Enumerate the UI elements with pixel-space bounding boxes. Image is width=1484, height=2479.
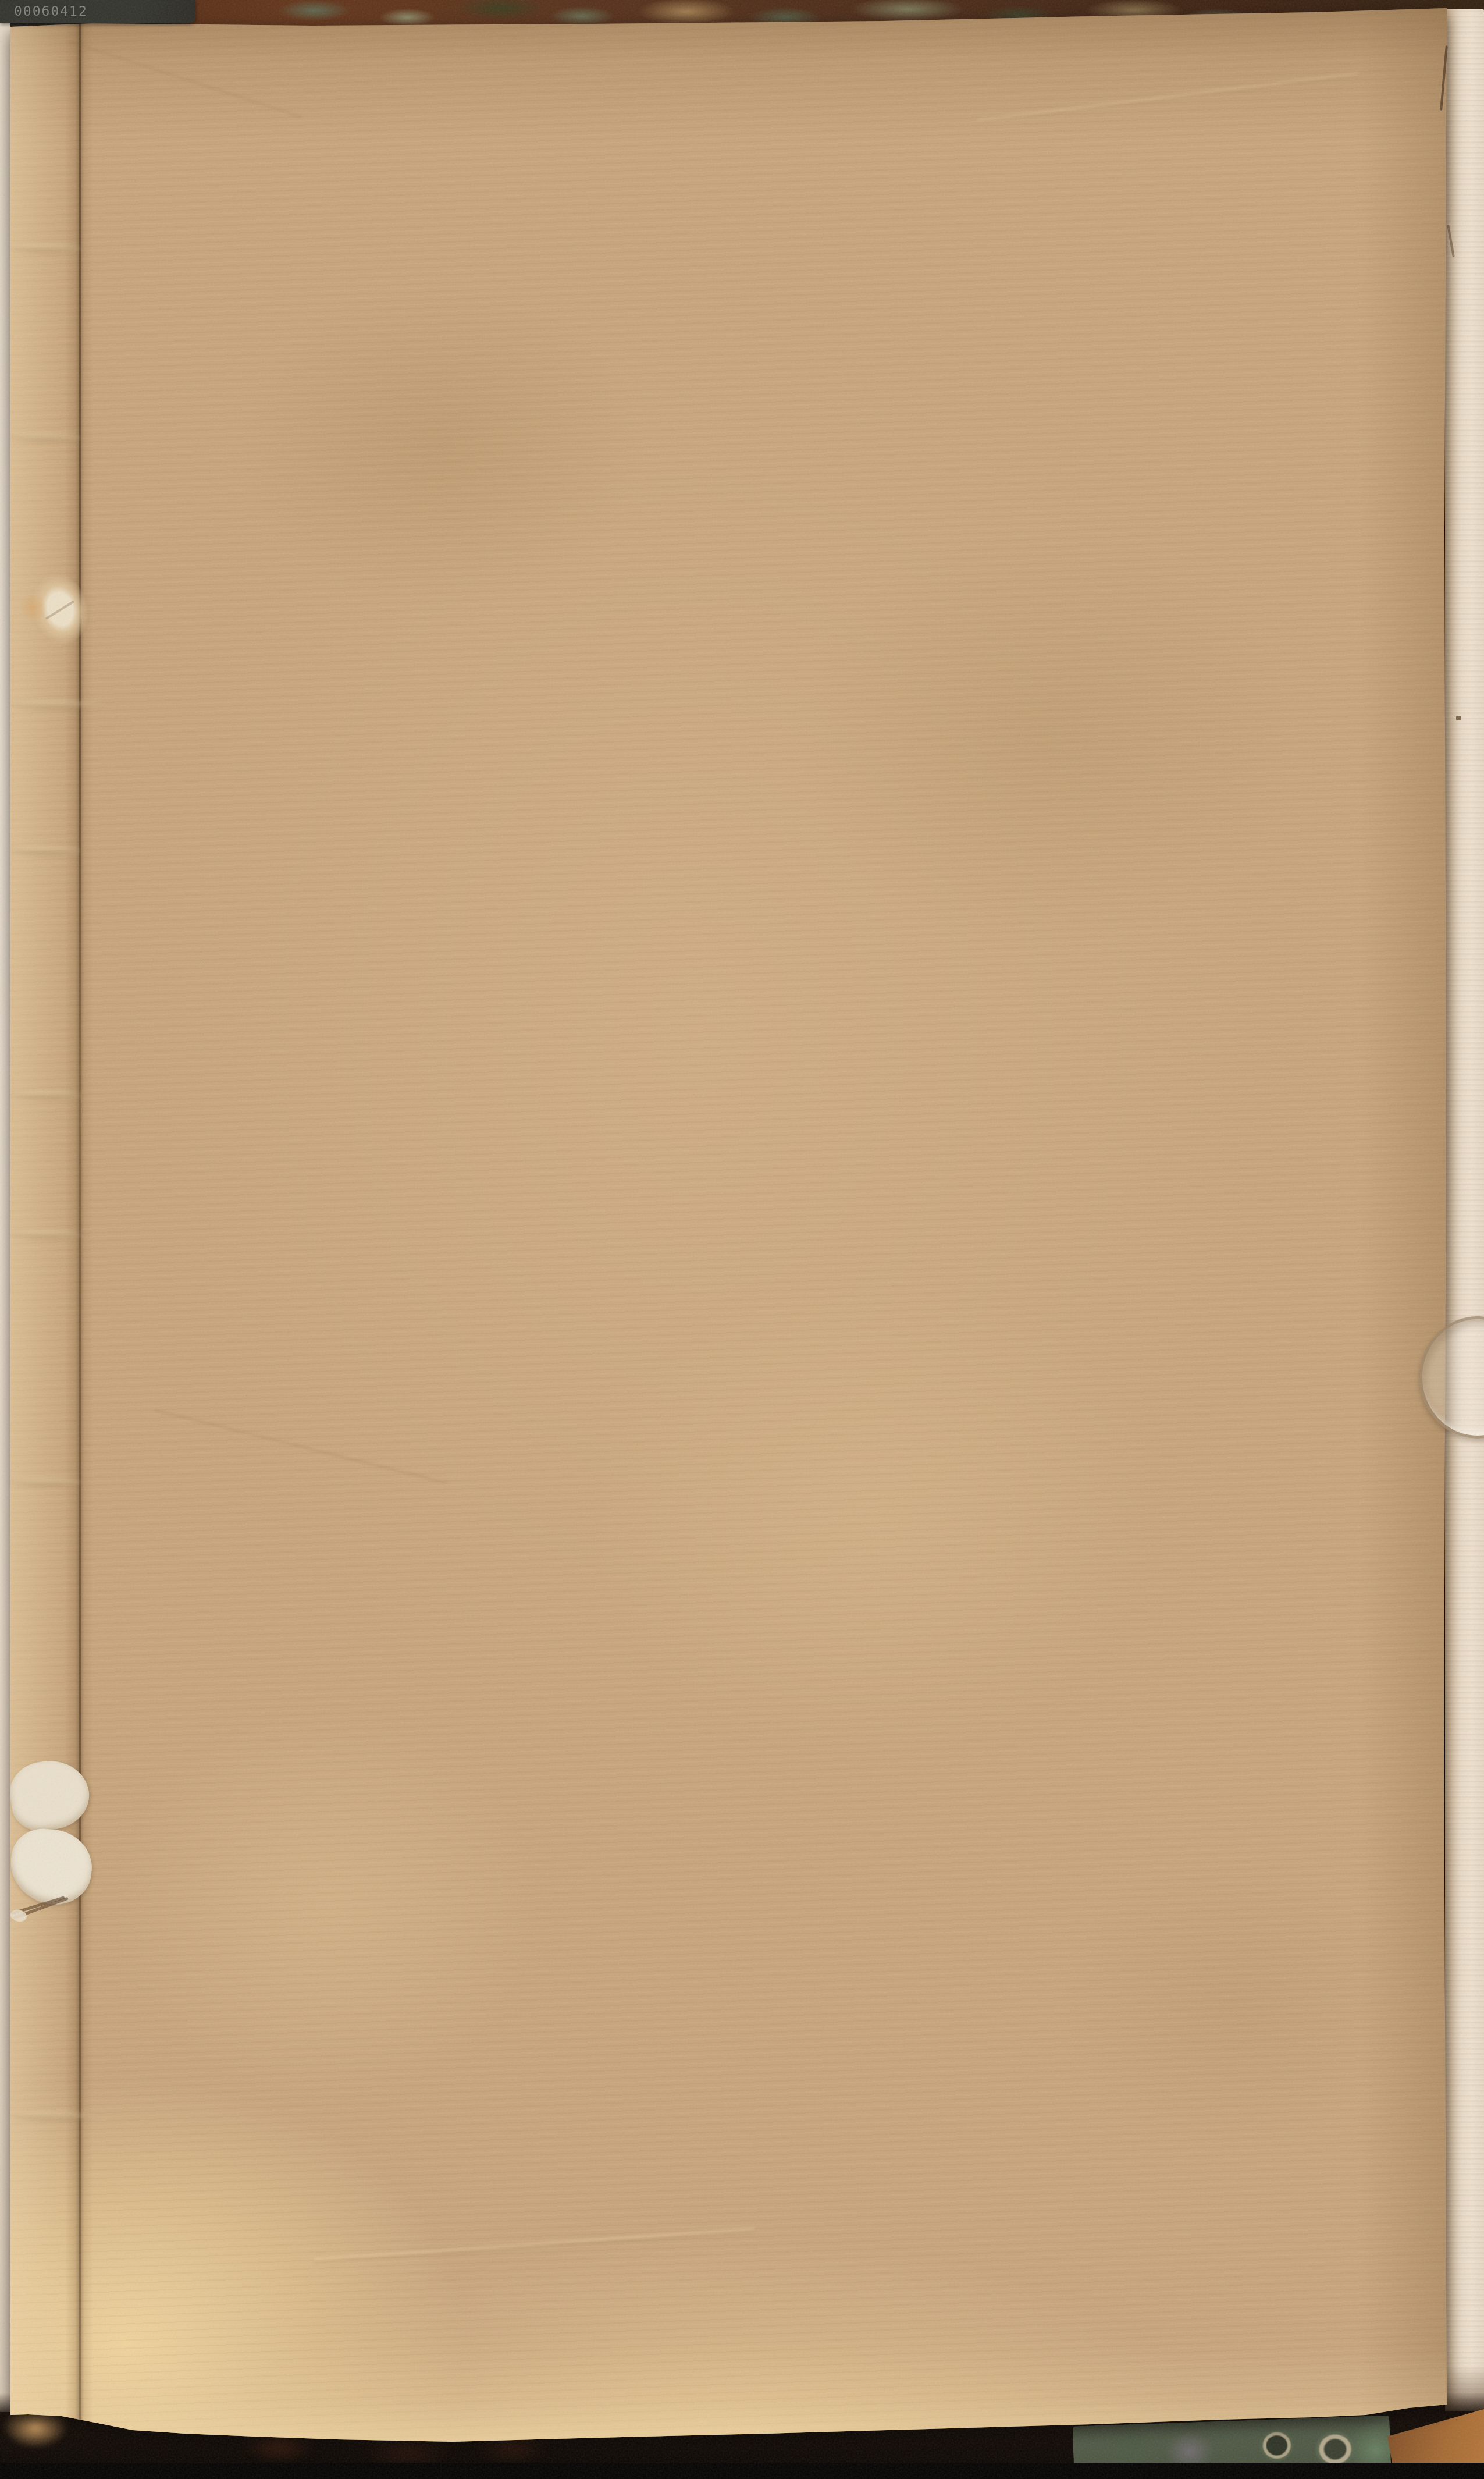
cover-corner-leather <box>1387 2409 1484 2470</box>
gutter-fold <box>65 8 93 2442</box>
scan-id-overlay: 00060412 <box>0 0 195 23</box>
tape-lobe <box>6 1756 93 1835</box>
edge-speck <box>1456 716 1461 720</box>
left-page-edge-strip <box>0 23 10 2412</box>
bottom-black-strip <box>0 2463 1484 2479</box>
bottom-light-glow <box>10 8 1447 2442</box>
book-scan-page: 00060412 <box>0 0 1484 2479</box>
torn-tape-remnant <box>10 1761 165 1866</box>
fold-crease <box>10 2112 98 2121</box>
fold-crease <box>10 1478 81 1486</box>
fold-crease <box>10 1091 81 1099</box>
fold-crease <box>10 1231 81 1239</box>
fold-crease <box>10 244 81 253</box>
fore-edge-page-stack <box>1445 9 1484 2411</box>
fold-crease <box>10 434 81 442</box>
binding-strip <box>10 8 66 2442</box>
fold-crease <box>10 701 106 709</box>
endpaper-page <box>10 8 1447 2442</box>
fold-crease <box>10 847 81 855</box>
scan-id-text: 00060412 <box>14 4 88 19</box>
